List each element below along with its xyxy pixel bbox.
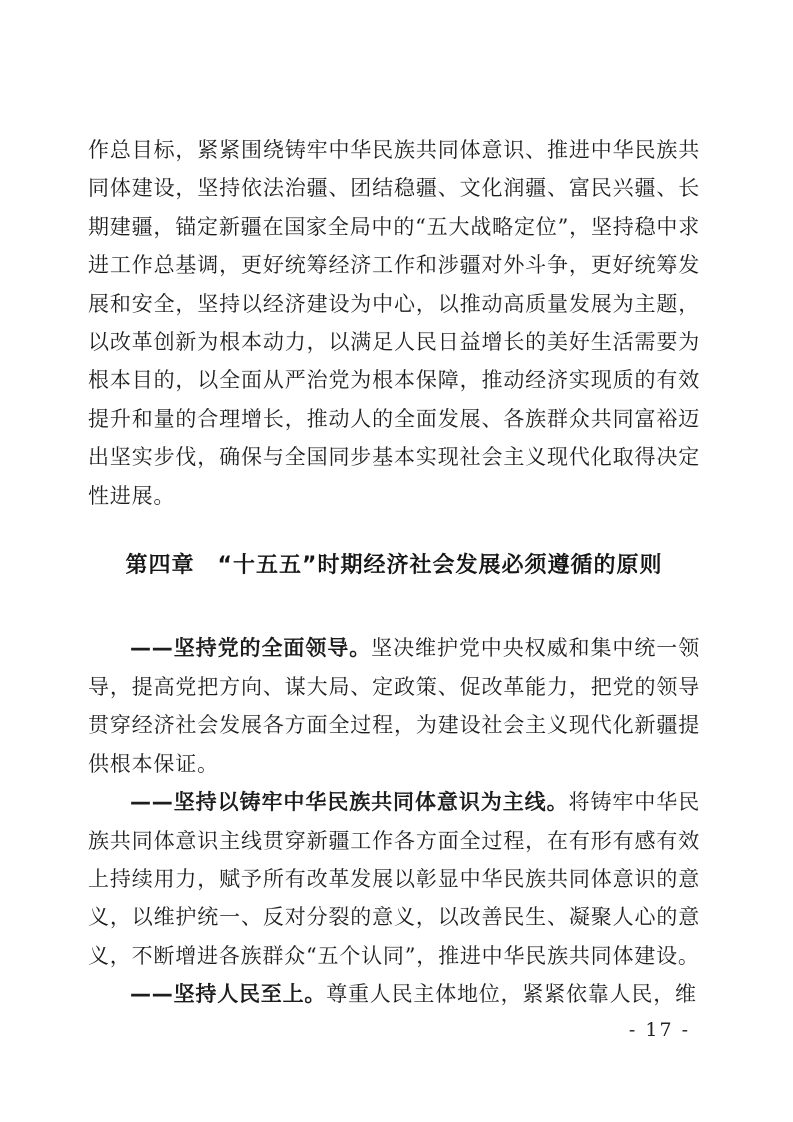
principle-body: 将铸牢中华民族共同体意识主线贯穿新疆工作各方面全过程，在有形有感有效上持续用力，… [88, 790, 700, 968]
page-number: - 17 - [629, 1018, 690, 1042]
paragraph-continuation: 作总目标，紧紧围绕铸牢中华民族共同体意识、推进中华民族共同体建设，坚持依法治疆、… [88, 131, 700, 515]
text-block: 作总目标，紧紧围绕铸牢中华民族共同体意识、推进中华民族共同体建设，坚持依法治疆、… [88, 131, 700, 1014]
document-page: 作总目标，紧紧围绕铸牢中华民族共同体意识、推进中华民族共同体建设，坚持依法治疆、… [0, 0, 793, 1122]
principle-lead: ——坚持以铸牢中华民族共同体意识为主线。 [130, 790, 569, 814]
principle-lead: ——坚持党的全面领导。 [130, 636, 371, 660]
chapter-heading: 第四章 “十五五”时期经济社会发展必须遵循的原则 [88, 547, 700, 585]
principle-paragraph: ——坚持党的全面领导。坚决维护党中央权威和集中统一领导，提高党把方向、谋大局、定… [88, 629, 700, 783]
principle-lead: ——坚持人民至上。 [130, 982, 326, 1006]
principle-paragraph: ——坚持人民至上。尊重人民主体地位，紧紧依靠人民，维 [88, 975, 700, 1013]
principle-paragraph: ——坚持以铸牢中华民族共同体意识为主线。将铸牢中华民族共同体意识主线贯穿新疆工作… [88, 783, 700, 975]
principle-body: 尊重人民主体地位，紧紧依靠人民，维 [326, 982, 697, 1006]
